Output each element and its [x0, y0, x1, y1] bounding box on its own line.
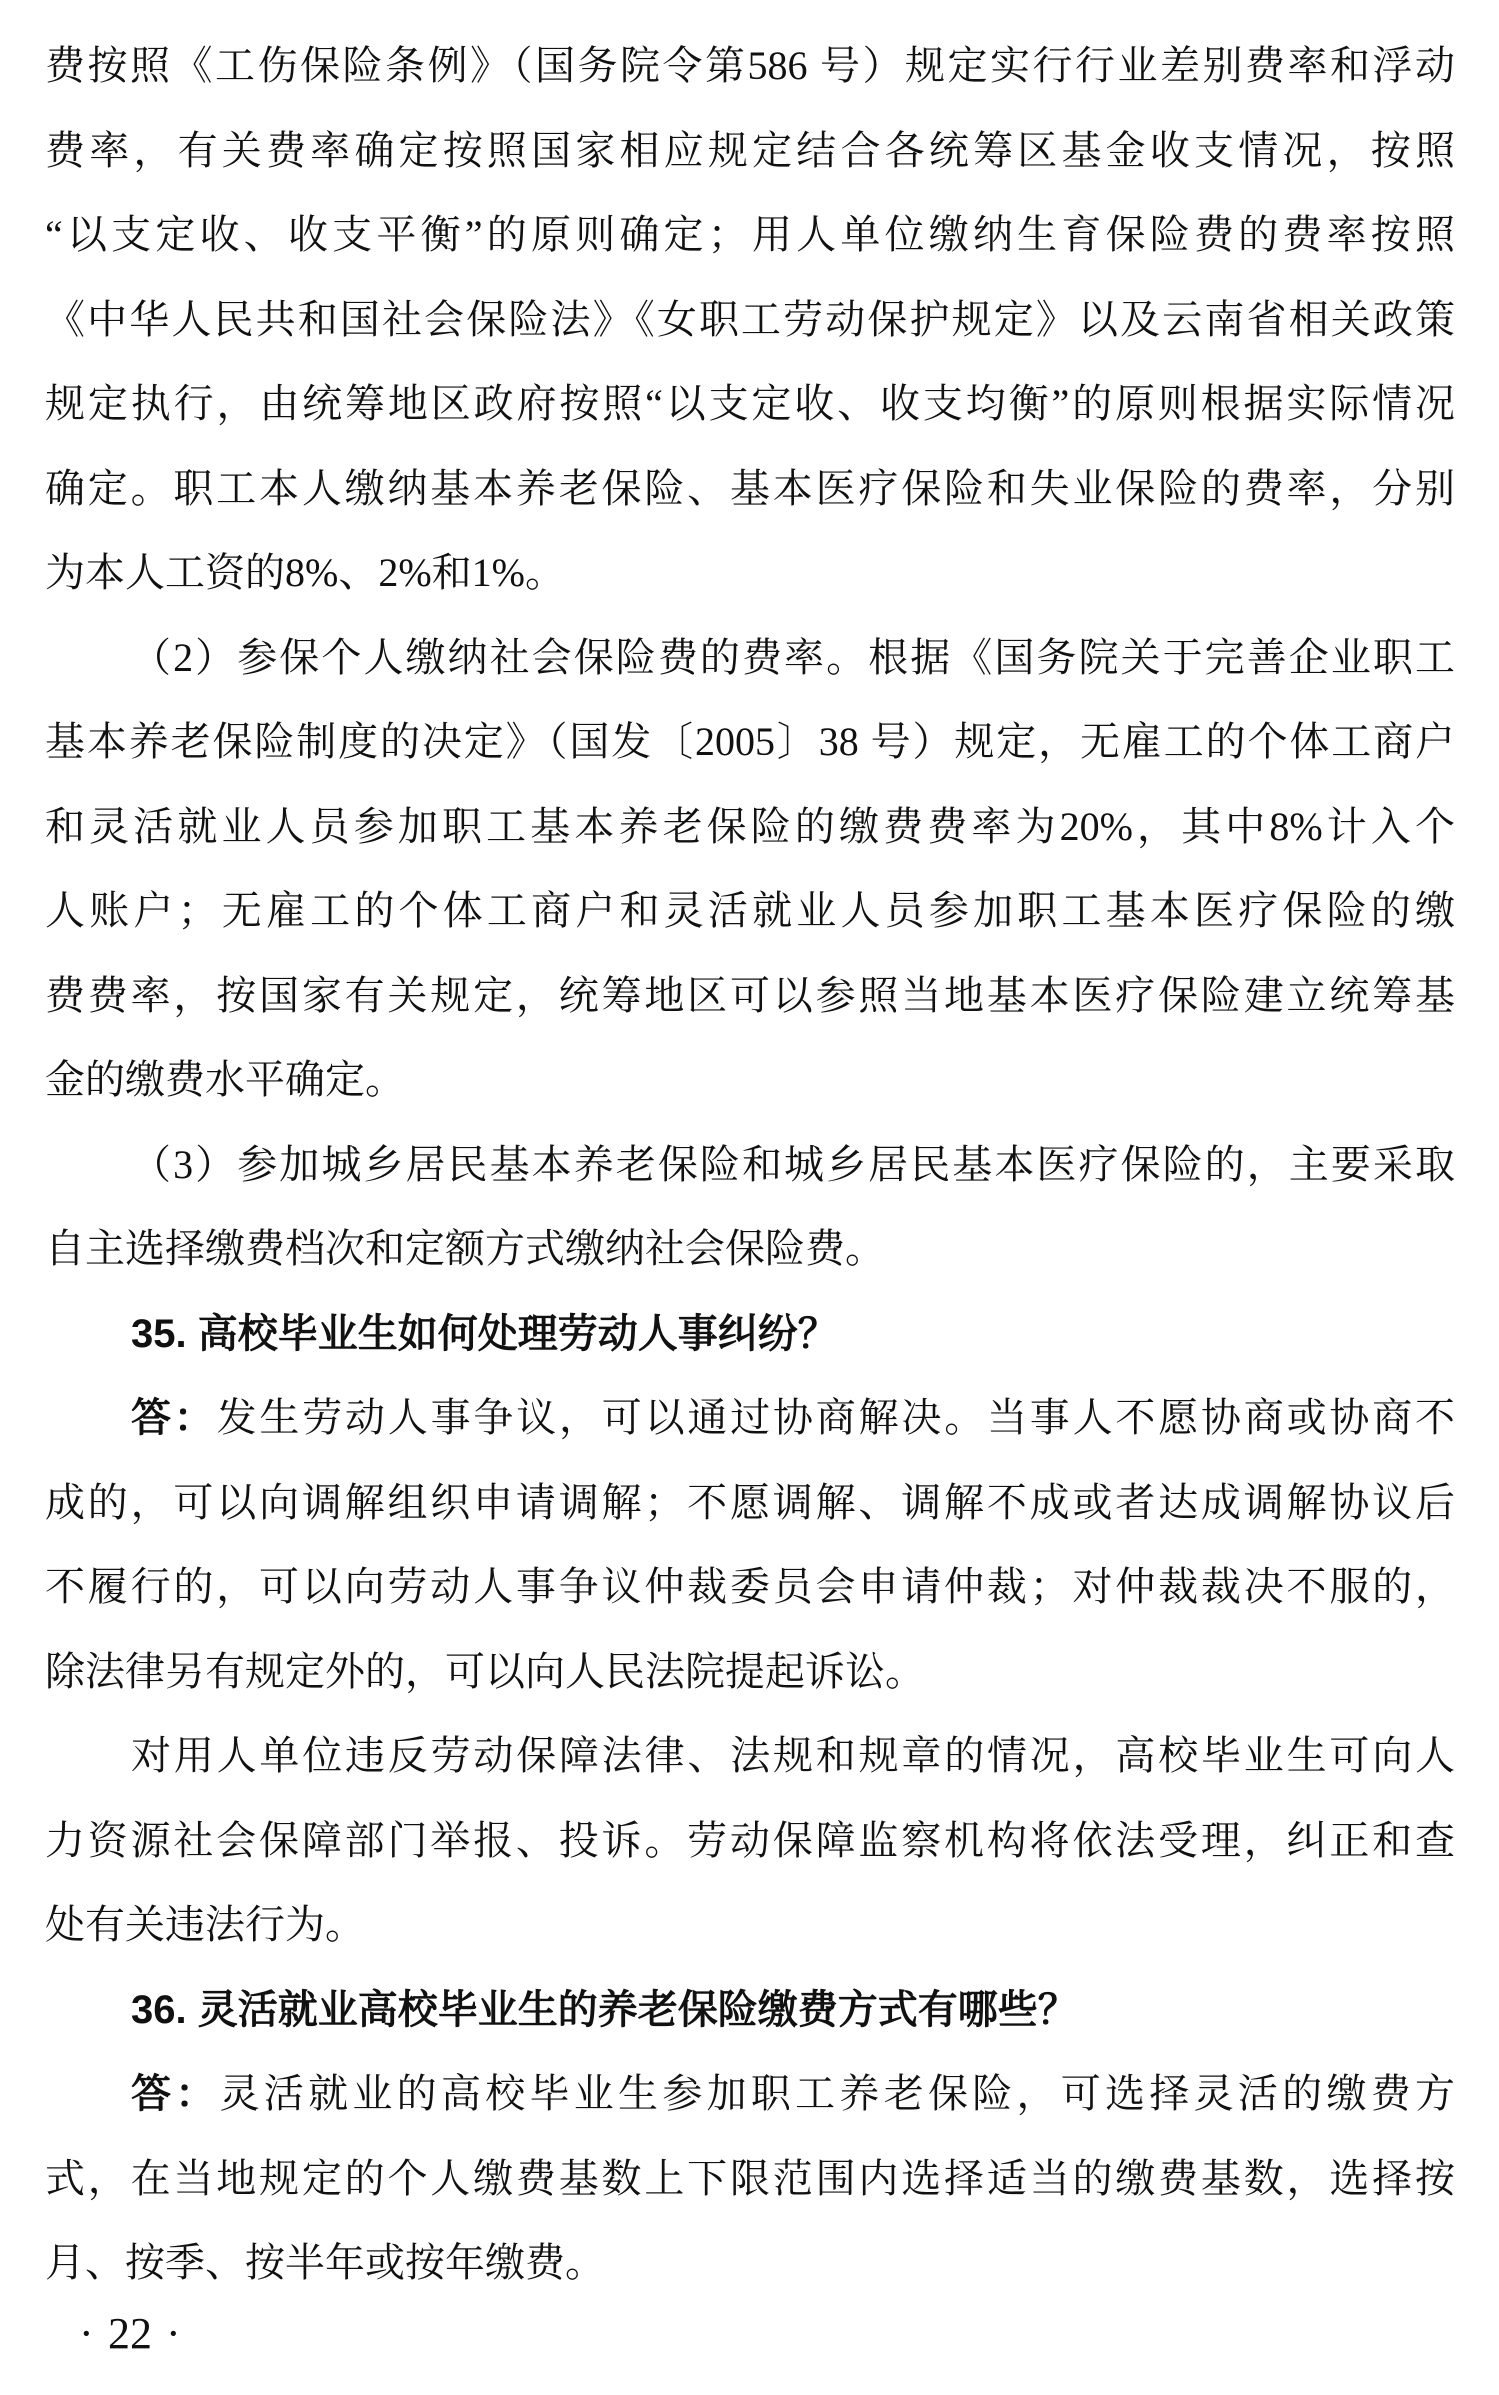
answer-text: 灵活就业的高校毕业生参加职工养老保险，可选择灵活的缴费方: [220, 2071, 1455, 2116]
text-line: 和灵活就业人员参加职工基本养老保险的缴费费率为20%，其中8%计入个: [45, 785, 1455, 870]
text-line: （2）参保个人缴纳社会保险费的费率。根据《国务院关于完善企业职工: [45, 616, 1455, 701]
page-number-ornament-left: ·: [79, 2312, 90, 2356]
book-page: 费按照《工伤保险条例》（国务院令第586 号）规定实行行业差别费率和浮动 费率，…: [0, 0, 1499, 2395]
text-line: 人账户；无雇工的个体工商户和灵活就业人员参加职工基本医疗保险的缴: [45, 869, 1455, 954]
question-title: 灵活就业高校毕业生的养老保险缴费方式有哪些？: [198, 1988, 1078, 2032]
answer-line: 不履行的，可以向劳动人事争议仲裁委员会申请仲裁；对仲裁裁决不服的，: [45, 1545, 1455, 1630]
question-number: 36.: [131, 1988, 187, 2032]
answer-line: 除法律另有规定外的，可以向人民法院提起诉讼。: [45, 1630, 1455, 1715]
answer-line: 月、按季、按半年或按年缴费。: [45, 2221, 1455, 2306]
text-line: 处有关违法行为。: [45, 1883, 1455, 1968]
question-heading: 35. 高校毕业生如何处理劳动人事纠纷？: [45, 1292, 1455, 1377]
text-line: 《中华人民共和国社会保险法》《女职工劳动保护规定》以及云南省相关政策: [45, 278, 1455, 363]
page-footer: ·22·: [79, 2312, 177, 2356]
text-line: 基本养老保险制度的决定》（国发〔2005〕38 号）规定，无雇工的个体工商户: [45, 700, 1455, 785]
text-line: 力资源社会保障部门举报、投诉。劳动保障监察机构将依法受理，纠正和查: [45, 1799, 1455, 1884]
page-number-ornament-right: ·: [166, 2312, 177, 2356]
text-line: 确定。职工本人缴纳基本养老保险、基本医疗保险和失业保险的费率，分别: [45, 447, 1455, 532]
answer-text: 发生劳动人事争议，可以通过协商解决。当事人不愿协商或协商不: [217, 1395, 1455, 1440]
text-line: （3）参加城乡居民基本养老保险和城乡居民基本医疗保险的，主要采取: [45, 1123, 1455, 1208]
answer-line: 答：灵活就业的高校毕业生参加职工养老保险，可选择灵活的缴费方: [45, 2052, 1455, 2137]
answer-line: 答：发生劳动人事争议，可以通过协商解决。当事人不愿协商或协商不: [45, 1376, 1455, 1461]
question-number: 35.: [131, 1312, 187, 1356]
page-number: 22: [108, 2312, 152, 2356]
text-line: 金的缴费水平确定。: [45, 1038, 1455, 1123]
text-line: 费费率，按国家有关规定，统筹地区可以参照当地基本医疗保险建立统筹基: [45, 954, 1455, 1039]
text-line: 为本人工资的8%、2%和1%。: [45, 531, 1455, 616]
answer-line: 式，在当地规定的个人缴费基数上下限范围内选择适当的缴费基数，选择按: [45, 2137, 1455, 2222]
question-heading: 36. 灵活就业高校毕业生的养老保险缴费方式有哪些？: [45, 1968, 1455, 2053]
text-line: 费按照《工伤保险条例》（国务院令第586 号）规定实行行业差别费率和浮动: [45, 24, 1455, 109]
text-line: 规定执行，由统筹地区政府按照“以支定收、收支均衡”的原则根据实际情况: [45, 362, 1455, 447]
text-line: 对用人单位违反劳动保障法律、法规和规章的情况，高校毕业生可向人: [45, 1714, 1455, 1799]
text-line: “以支定收、收支平衡”的原则确定；用人单位缴纳生育保险费的费率按照: [45, 193, 1455, 278]
answer-label: 答：: [131, 1396, 217, 1440]
text-line: 自主选择缴费档次和定额方式缴纳社会保险费。: [45, 1207, 1455, 1292]
answer-line: 成的，可以向调解组织申请调解；不愿调解、调解不成或者达成调解协议后: [45, 1461, 1455, 1546]
answer-label: 答：: [131, 2072, 220, 2116]
text-line: 费率，有关费率确定按照国家相应规定结合各统筹区基金收支情况，按照: [45, 109, 1455, 194]
question-title: 高校毕业生如何处理劳动人事纠纷？: [198, 1312, 838, 1356]
